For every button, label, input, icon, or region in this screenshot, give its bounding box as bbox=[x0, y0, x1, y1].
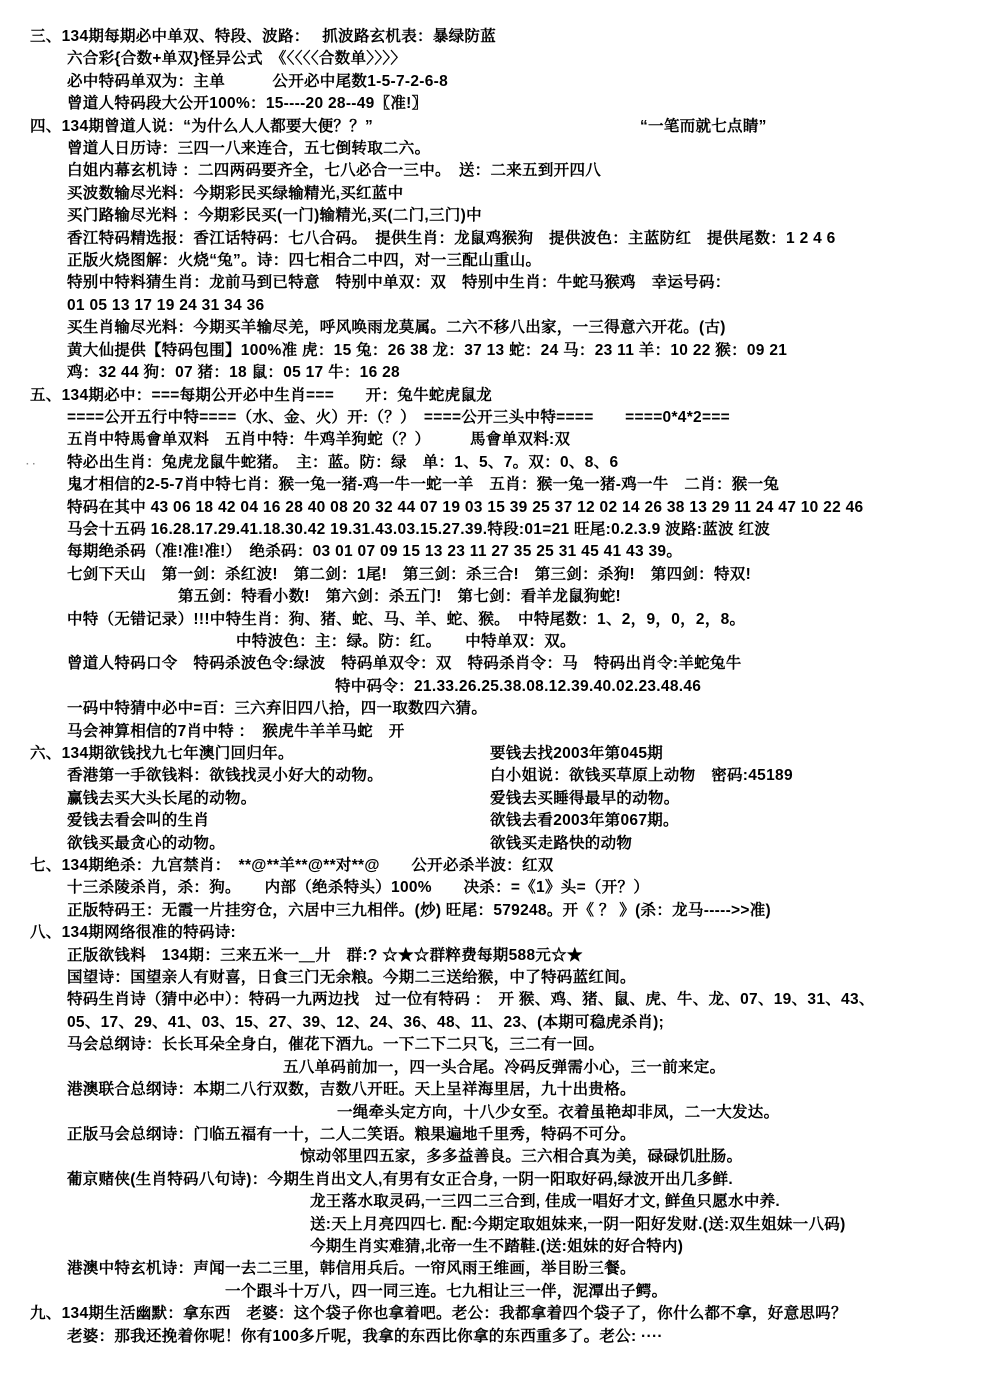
text-line: 黄大仙提供【特码包围】100%准 虎：15 兔：26 38 龙：37 13 蛇：… bbox=[0, 340, 1000, 362]
text-line: 曾道人日历诗：三四一八来连合，五七倒转取二六。 bbox=[0, 138, 1000, 160]
line-text: 惊动邻里四五家，多多益善良。三六相合真为美，碌碌饥肚肠。 bbox=[300, 1148, 742, 1165]
text-line: 国望诗：国望亲人有财喜，日食三门无余粮。今期二三送给猴，中了特码蓝红间。 bbox=[0, 967, 1000, 989]
line-text: 曾道人日历诗：三四一八来连合，五七倒转取二六。 bbox=[67, 140, 430, 157]
text-line: 曾道人特码口令 特码杀波色令:绿波 特码单双令：双 特码杀肖令：马 特码出肖令:… bbox=[0, 653, 1000, 675]
text-line: 港澳联合总纲诗：本期二八行双数，吉数八开旺。天上呈祥海里居，九十出贵格。 bbox=[0, 1079, 1000, 1101]
line-text: 国望诗：国望亲人有财喜，日食三门无余粮。今期二三送给猴，中了特码蓝红间。 bbox=[67, 969, 636, 986]
line-text: 买波数输尽光料：今期彩民买绿输精光,买红蓝中 bbox=[67, 185, 403, 202]
line-text: 老婆：那我还挽着你呢！你有100多斤呢，我拿的东西比你拿的东西重多了。老公: ·… bbox=[67, 1328, 667, 1345]
text-line: 三、134期每期必中单双、特段、波路： 抓波路玄机表：暴绿防蓝 bbox=[0, 26, 1000, 48]
line-text: 葡京赌侠(生肖特码八句诗)：今期生肖出文人,有男有女正合身, 一阴一阳取好码,绿… bbox=[67, 1171, 733, 1188]
text-line: 老婆：那我还挽着你呢！你有100多斤呢，我拿的东西比你拿的东西重多了。老公: ·… bbox=[0, 1326, 1000, 1348]
text-line: 送:天上月亮四四七. 配:今期定取姐妹来,一阴一阳好发财.(送:双生姐妹一八码) bbox=[0, 1214, 1000, 1236]
line-text: 01 05 13 17 19 24 31 34 36 bbox=[67, 297, 264, 314]
text-line: ====公开五行中特====（水、金、火）开:（？） ====公开三头中特===… bbox=[0, 407, 1000, 429]
line-text: 正版特码王：无霞一片挂穷仓，六居中三九相伴。(炒) 旺尾：579248。开《 ？… bbox=[67, 902, 771, 919]
line-text: 特码生肖诗（猜中必中）：特码一九两边找 过一位有特码 ： 开 猴、鸡、猪、鼠、虎… bbox=[67, 991, 875, 1008]
line-text: 正版火烧图解：火烧“兔”。诗：四七相合二中四，对一三配山重山。 bbox=[67, 252, 541, 269]
line-text: 九、134期生活幽默：拿东西 老婆：这个袋子你也拿着吧。老公：我都拿着四个袋子了… bbox=[30, 1305, 847, 1322]
lottery-tipsheet-page: 三、134期每期必中单双、特段、波路： 抓波路玄机表：暴绿防蓝六合彩{合数+单双… bbox=[0, 0, 1000, 1388]
line-text: 送:天上月亮四四七. 配:今期定取姐妹来,一阴一阳好发财.(送:双生姐妹一八码) bbox=[310, 1216, 846, 1233]
text-line: 五肖中特馬會单双料 五肖中特：牛鸡羊狗蛇（？） 馬會单双料:双 bbox=[0, 429, 1000, 451]
line-text: 特必出生肖：兔虎龙鼠牛蛇猪。 主：蓝。防：绿 单：1、5、7。双：0、8、6 bbox=[67, 454, 618, 471]
text-line: 01 05 13 17 19 24 31 34 36 bbox=[0, 295, 1000, 317]
line-text: 05、17、29、41、03、15、27、39、12、24、36、48、11、2… bbox=[67, 1014, 664, 1031]
line-text-right-column: 爱钱去买睡得最早的动物。 bbox=[490, 788, 680, 810]
line-text: 香港第一手欲钱料：欲钱找灵小好大的动物。 bbox=[67, 767, 383, 784]
line-text: 八、134期网络很准的特码诗: bbox=[30, 924, 236, 941]
line-text: 特中码令：21.33.26.25.38.08.12.39.40.02.23.48… bbox=[335, 678, 701, 695]
text-line: 一绳牵头定方向，十八少女至。衣着虽艳却非凤，二一大发达。 bbox=[0, 1102, 1000, 1124]
line-text: 龙王落水取灵码,一三四二三合到, 佳成一唱好才文, 鲜鱼只愿水中养. bbox=[310, 1193, 780, 1210]
text-line: 四、134期曾道人说：“为什么人人都要大便？？”“一笔而就七点睛” bbox=[0, 116, 1000, 138]
line-text: 每期绝杀码（准!准!准!） 绝杀码：03 01 07 09 15 13 23 1… bbox=[67, 543, 682, 560]
line-text: 曾道人特码口令 特码杀波色令:绿波 特码单双令：双 特码杀肖令：马 特码出肖令:… bbox=[67, 655, 742, 672]
text-line: 一码中特猜中必中=百：三六弃旧四八拾，四一取数四六猜。 bbox=[0, 698, 1000, 720]
line-text: 七剑下天山 第一剑：杀红波! 第二剑：1尾! 第三剑：杀三合! 第三剑：杀狗! … bbox=[67, 566, 751, 583]
line-text: 第五剑：特看小数! 第六剑：杀五门! 第七剑：看羊龙鼠狗蛇! bbox=[178, 588, 621, 605]
text-line: 马会神算相信的7肖中特 ： 猴虎牛羊羊马蛇 开 bbox=[0, 721, 1000, 743]
text-line: 中特波色：主：绿。防：红。 中特单双：双。 bbox=[0, 631, 1000, 653]
text-line: 曾道人特码段大公开100%：15----20 28--49〖准!〗 bbox=[0, 93, 1000, 115]
text-line: 七、134期绝杀：九宫禁肖： **@**羊**@**对**@ 公开必杀半波：红双 bbox=[0, 855, 1000, 877]
text-line: 买生肖输尽光料：今期买羊输尽羌，呼风唤雨龙莫属。二六不移八出家，一三得意六开花。… bbox=[0, 317, 1000, 339]
line-text: 中特波色：主：绿。防：红。 中特单双：双。 bbox=[236, 633, 576, 650]
text-line: 特必出生肖：兔虎龙鼠牛蛇猪。 主：蓝。防：绿 单：1、5、7。双：0、8、6·· bbox=[0, 452, 1000, 474]
line-text: ====公开五行中特====（水、金、火）开:（？） ====公开三头中特===… bbox=[67, 409, 730, 426]
line-text: 特码在其中 43 06 18 42 04 16 28 40 08 20 32 4… bbox=[67, 499, 863, 516]
line-text: 赢钱去买大头长尾的动物。 bbox=[67, 790, 257, 807]
line-text: 五、134期必中：===每期公开必中生肖=== 开：兔牛蛇虎鼠龙 bbox=[30, 387, 492, 404]
text-line: 第五剑：特看小数! 第六剑：杀五门! 第七剑：看羊龙鼠狗蛇! bbox=[0, 586, 1000, 608]
line-text-right-column: 欲钱买走路快的动物 bbox=[490, 833, 632, 855]
line-text-right-column: 欲钱去看2003年第067期。 bbox=[490, 810, 679, 832]
line-text: 一码中特猜中必中=百：三六弃旧四八拾，四一取数四六猜。 bbox=[67, 700, 487, 717]
text-line: 香港第一手欲钱料：欲钱找灵小好大的动物。白小姐说：欲钱买草原上动物 密码:451… bbox=[0, 765, 1000, 787]
text-line: 爱钱去看会叫的生肖欲钱去看2003年第067期。 bbox=[0, 810, 1000, 832]
text-line: 欲钱买最贪心的动物。欲钱买走路快的动物 bbox=[0, 833, 1000, 855]
line-text: 黄大仙提供【特码包围】100%准 虎：15 兔：26 38 龙：37 13 蛇：… bbox=[67, 342, 787, 359]
text-line: 正版马会总纲诗：门临五福有一十，二人二笑语。粮果遍地千里秀，特码不可分。 bbox=[0, 1124, 1000, 1146]
text-line: 特码在其中 43 06 18 42 04 16 28 40 08 20 32 4… bbox=[0, 497, 1000, 519]
text-line: 正版火烧图解：火烧“兔”。诗：四七相合二中四，对一三配山重山。 bbox=[0, 250, 1000, 272]
line-text: 正版欲钱料 134期：三来五米一＿廾 群:? ☆★☆群粹费每期588元☆★ bbox=[67, 947, 583, 964]
text-line: 香江特码精选报：香江话特码：七八合码。 提供生肖：龙鼠鸡猴狗 提供波色：主蓝防红… bbox=[0, 228, 1000, 250]
line-text: 十三杀陵杀肖，杀：狗。 内部（绝杀特头）100% 决杀：=《1》头=（开？） bbox=[67, 879, 649, 896]
line-text-right-column: 白小姐说：欲钱买草原上动物 密码:45189 bbox=[490, 765, 793, 787]
line-text: 正版马会总纲诗：门临五福有一十，二人二笑语。粮果遍地千里秀，特码不可分。 bbox=[67, 1126, 636, 1143]
text-line: 特码生肖诗（猜中必中）：特码一九两边找 过一位有特码 ： 开 猴、鸡、猪、鼠、虎… bbox=[0, 989, 1000, 1011]
line-text: 六合彩{合数+单双}怪异公式 《〈〈〈〈合数单〉〉〉〉 bbox=[67, 50, 406, 67]
text-line: 今期生肖实难猜,北帝一生不踏鞋.(送:姐妹的好合特内) bbox=[0, 1236, 1000, 1258]
text-line: 必中特码单双为：主单 公开必中尾数1-5-7-2-6-8 bbox=[0, 71, 1000, 93]
line-text: 欲钱买最贪心的动物。 bbox=[67, 835, 225, 852]
line-text: 港澳联合总纲诗：本期二八行双数，吉数八开旺。天上呈祥海里居，九十出贵格。 bbox=[67, 1081, 636, 1098]
text-line: 马会十五码 16.28.17.29.41.18.30.42 19.31.43.0… bbox=[0, 519, 1000, 541]
text-line: 六合彩{合数+单双}怪异公式 《〈〈〈〈合数单〉〉〉〉 bbox=[0, 48, 1000, 70]
document-body: 三、134期每期必中单双、特段、波路： 抓波路玄机表：暴绿防蓝六合彩{合数+单双… bbox=[0, 26, 1000, 1348]
line-text: 五肖中特馬會单双料 五肖中特：牛鸡羊狗蛇（？） 馬會单双料:双 bbox=[67, 431, 570, 448]
line-text: 三、134期每期必中单双、特段、波路： 抓波路玄机表：暴绿防蓝 bbox=[30, 28, 496, 45]
line-text: 七、134期绝杀：九宫禁肖： **@**羊**@**对**@ 公开必杀半波：红双 bbox=[30, 857, 554, 874]
text-line: 中特（无错记录）!!!中特生肖：狗、猪、蛇、马、羊、蛇、猴。 中特尾数：1、2，… bbox=[0, 609, 1000, 631]
line-text-right-column: “一笔而就七点睛” bbox=[640, 116, 767, 138]
line-text: 四、134期曾道人说：“为什么人人都要大便？？” bbox=[30, 118, 373, 135]
text-line: 葡京赌侠(生肖特码八句诗)：今期生肖出文人,有男有女正合身, 一阴一阳取好码,绿… bbox=[0, 1169, 1000, 1191]
text-line: 六、134期欲钱找九七年澳门回归年。要钱去找2003年第045期 bbox=[0, 743, 1000, 765]
line-text: 马会神算相信的7肖中特 ： 猴虎牛羊羊马蛇 开 bbox=[67, 723, 405, 740]
text-line: 正版欲钱料 134期：三来五米一＿廾 群:? ☆★☆群粹费每期588元☆★ bbox=[0, 945, 1000, 967]
line-text: 买门路输尽光料 ：今期彩民买(一门)输精光,买(二门,三门)中 bbox=[67, 207, 482, 224]
line-text-right-column: 要钱去找2003年第045期 bbox=[490, 743, 663, 765]
text-line: 港澳中特玄机诗：声闻一去二三里，韩信用兵后。一帘风雨王维画，举目盼三餐。 bbox=[0, 1258, 1000, 1280]
text-line: 特别中特料猜生肖：龙前马到已特意 特别中单双：双 特别中生肖：牛蛇马猴鸡 幸运号… bbox=[0, 272, 1000, 294]
text-line: 马会总纲诗：长长耳朵全身白，催花下酒九。一下二下二只飞，三二有一回。 bbox=[0, 1034, 1000, 1056]
line-text: 曾道人特码段大公开100%：15----20 28--49〖准!〗 bbox=[67, 95, 427, 112]
text-line: 十三杀陵杀肖，杀：狗。 内部（绝杀特头）100% 决杀：=《1》头=（开？） bbox=[0, 877, 1000, 899]
text-line: 龙王落水取灵码,一三四二三合到, 佳成一唱好才文, 鲜鱼只愿水中养. bbox=[0, 1191, 1000, 1213]
text-line: 八、134期网络很准的特码诗: bbox=[0, 922, 1000, 944]
line-text: 马会十五码 16.28.17.29.41.18.30.42 19.31.43.0… bbox=[67, 521, 770, 538]
line-text: 今期生肖实难猜,北帝一生不踏鞋.(送:姐妹的好合特内) bbox=[310, 1238, 683, 1255]
margin-note: ·· bbox=[26, 454, 39, 476]
text-line: 九、134期生活幽默：拿东西 老婆：这个袋子你也拿着吧。老公：我都拿着四个袋子了… bbox=[0, 1303, 1000, 1325]
text-line: 鸡：32 44 狗：07 猪：18 鼠：05 17 牛：16 28 bbox=[0, 362, 1000, 384]
text-line: 一个跟斗十万八，四一同三连。七九相让三一伴，泥潭出子鳄。 bbox=[0, 1281, 1000, 1303]
text-line: 特中码令：21.33.26.25.38.08.12.39.40.02.23.48… bbox=[0, 676, 1000, 698]
line-text: 六、134期欲钱找九七年澳门回归年。 bbox=[30, 745, 294, 762]
line-text: 爱钱去看会叫的生肖 bbox=[67, 812, 209, 829]
text-line: 五八单码前加一，四一头合尾。冷码反弹需小心，三一前来定。 bbox=[0, 1057, 1000, 1079]
text-line: 05、17、29、41、03、15、27、39、12、24、36、48、11、2… bbox=[0, 1012, 1000, 1034]
text-line: 赢钱去买大头长尾的动物。爱钱去买睡得最早的动物。 bbox=[0, 788, 1000, 810]
text-line: 五、134期必中：===每期公开必中生肖=== 开：兔牛蛇虎鼠龙 bbox=[0, 385, 1000, 407]
line-text: 五八单码前加一，四一头合尾。冷码反弹需小心，三一前来定。 bbox=[283, 1059, 725, 1076]
line-text: 香江特码精选报：香江话特码：七八合码。 提供生肖：龙鼠鸡猴狗 提供波色：主蓝防红… bbox=[67, 230, 836, 247]
line-text: 港澳中特玄机诗：声闻一去二三里，韩信用兵后。一帘风雨王维画，举目盼三餐。 bbox=[67, 1260, 636, 1277]
line-text: 一个跟斗十万八，四一同三连。七九相让三一伴，泥潭出子鳄。 bbox=[225, 1283, 667, 1300]
text-line: 惊动邻里四五家，多多益善良。三六相合真为美，碌碌饥肚肠。 bbox=[0, 1146, 1000, 1168]
text-line: 买波数输尽光料：今期彩民买绿输精光,买红蓝中 bbox=[0, 183, 1000, 205]
line-text: 特别中特料猜生肖：龙前马到已特意 特别中单双：双 特别中生肖：牛蛇马猴鸡 幸运号… bbox=[67, 274, 731, 291]
line-text: 必中特码单双为：主单 公开必中尾数1-5-7-2-6-8 bbox=[67, 73, 448, 90]
line-text: 马会总纲诗：长长耳朵全身白，催花下酒九。一下二下二只飞，三二有一回。 bbox=[67, 1036, 604, 1053]
text-line: 每期绝杀码（准!准!准!） 绝杀码：03 01 07 09 15 13 23 1… bbox=[0, 541, 1000, 563]
text-line: 正版特码王：无霞一片挂穷仓，六居中三九相伴。(炒) 旺尾：579248。开《 ？… bbox=[0, 900, 1000, 922]
line-text: 鸡：32 44 狗：07 猪：18 鼠：05 17 牛：16 28 bbox=[67, 364, 400, 381]
text-line: 鬼才相信的2-5-7肖中特七肖：猴一兔一猪-鸡一牛一蛇一羊 五肖：猴一兔一猪-鸡… bbox=[0, 474, 1000, 496]
text-line: 七剑下天山 第一剑：杀红波! 第二剑：1尾! 第三剑：杀三合! 第三剑：杀狗! … bbox=[0, 564, 1000, 586]
text-line: 白姐内幕玄机诗 ：二四两码要齐全，七八必合一三中。 送：二来五到开四八 bbox=[0, 160, 1000, 182]
line-text: 鬼才相信的2-5-7肖中特七肖：猴一兔一猪-鸡一牛一蛇一羊 五肖：猴一兔一猪-鸡… bbox=[67, 476, 779, 493]
line-text: 中特（无错记录）!!!中特生肖：狗、猪、蛇、马、羊、蛇、猴。 中特尾数：1、2，… bbox=[67, 611, 745, 628]
text-line: 买门路输尽光料 ：今期彩民买(一门)输精光,买(二门,三门)中 bbox=[0, 205, 1000, 227]
line-text: 一绳牵头定方向，十八少女至。衣着虽艳却非凤，二一大发达。 bbox=[337, 1104, 779, 1121]
line-text: 买生肖输尽光料：今期买羊输尽羌，呼风唤雨龙莫属。二六不移八出家，一三得意六开花。… bbox=[67, 319, 726, 336]
line-text: 白姐内幕玄机诗 ：二四两码要齐全，七八必合一三中。 送：二来五到开四八 bbox=[67, 162, 601, 179]
